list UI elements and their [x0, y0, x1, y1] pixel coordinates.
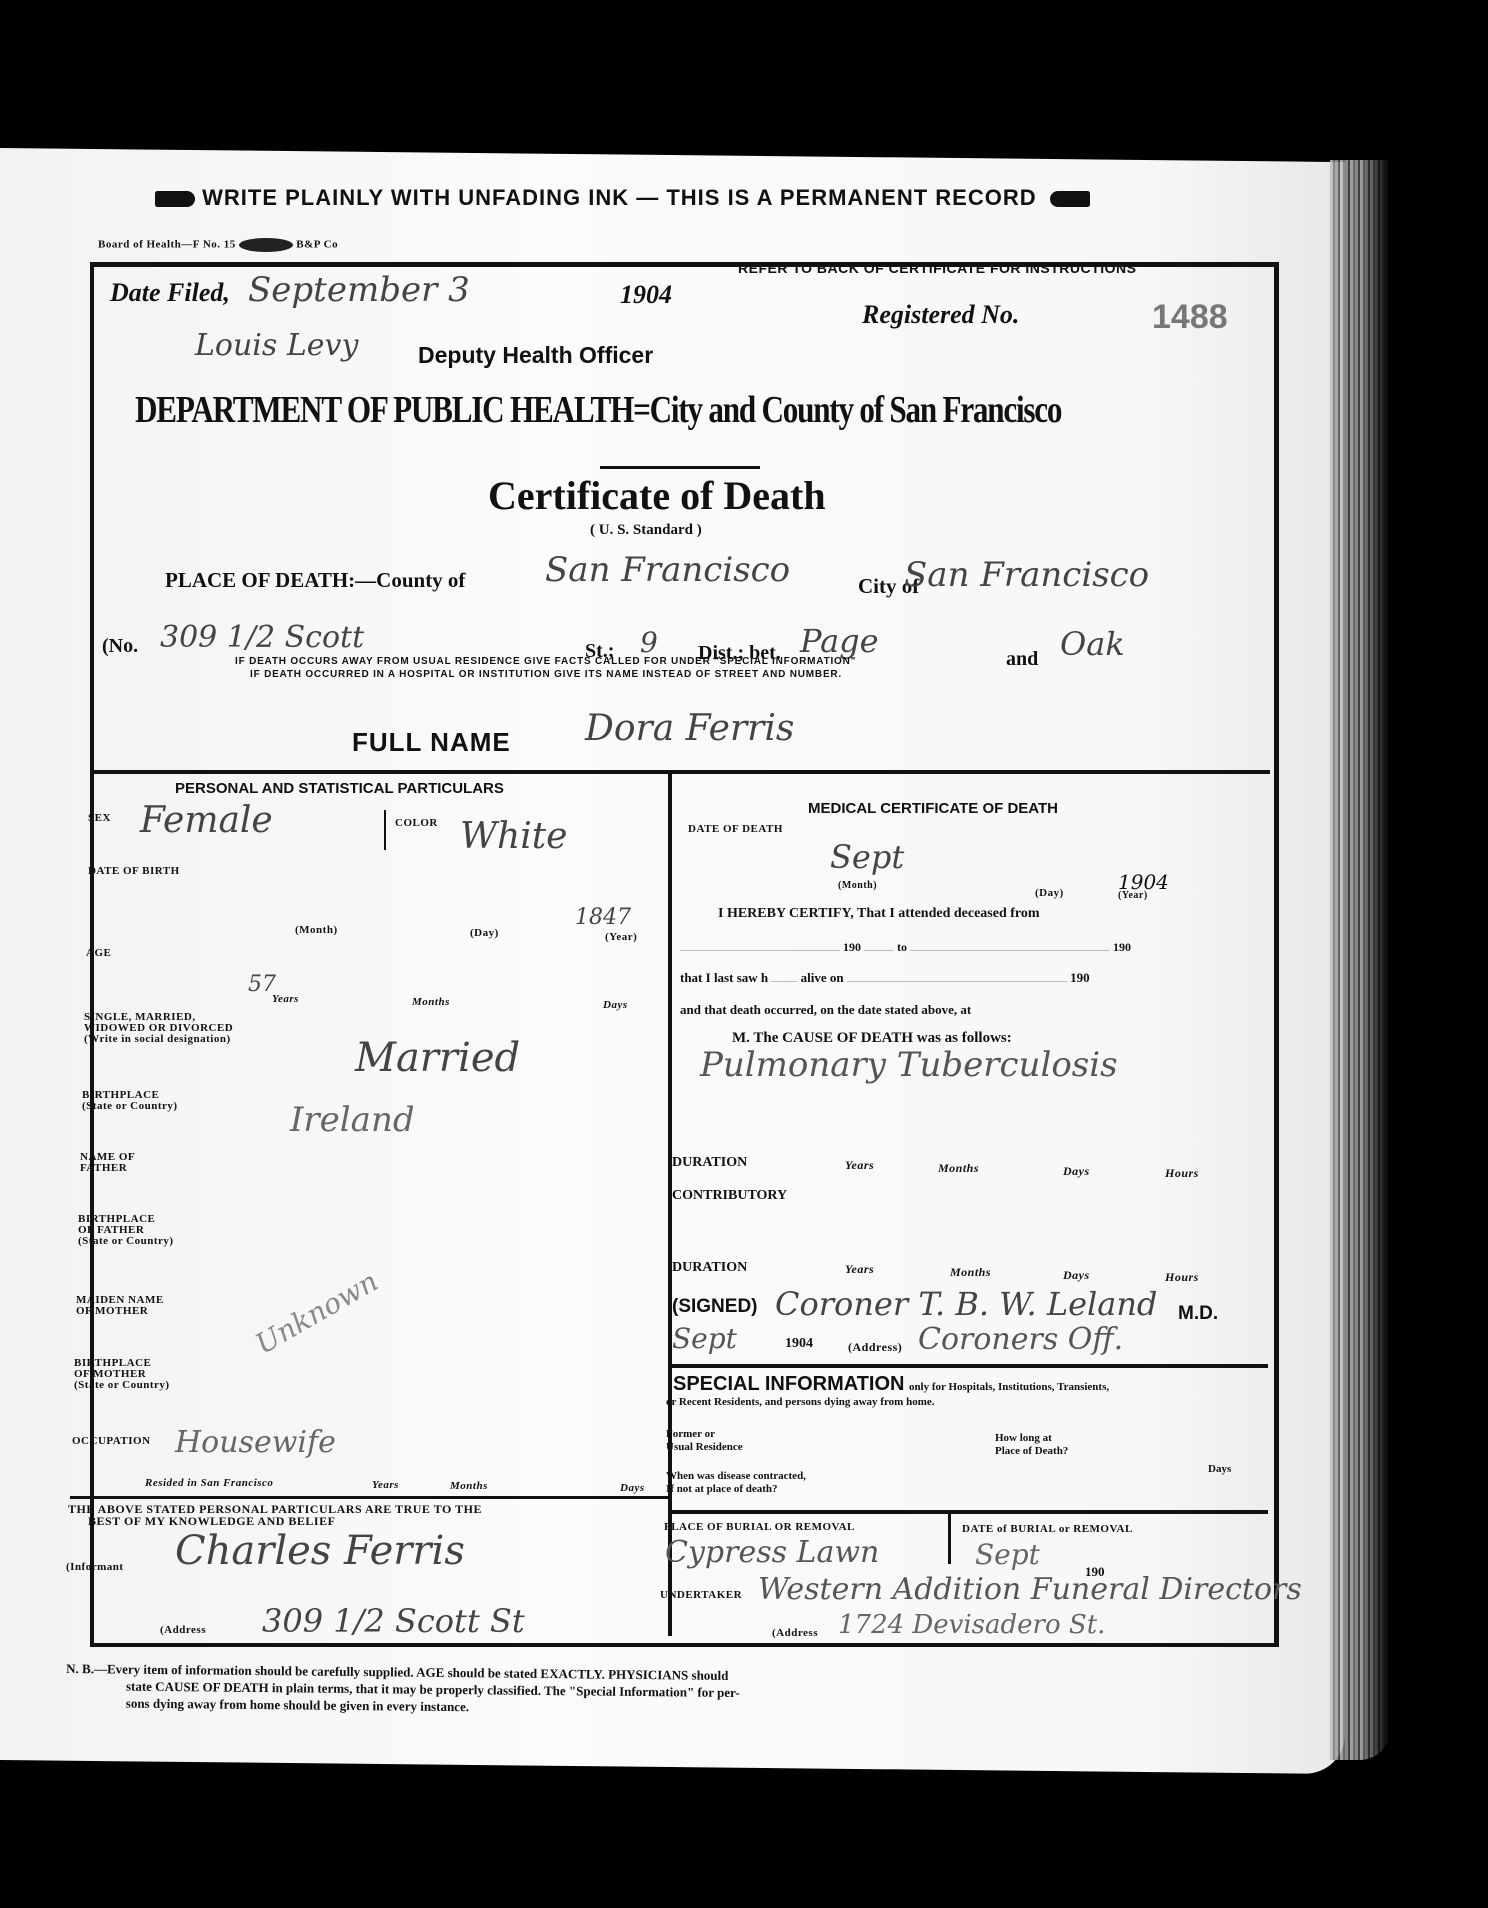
- sex-value: Female: [140, 800, 273, 841]
- section-divider: [90, 770, 1270, 774]
- when-label-1: When was disease contracted,: [666, 1470, 806, 1483]
- former-label-2: Usual Residence: [666, 1441, 743, 1454]
- cause-value: Pulmonary Tuberculosis: [700, 1045, 1118, 1085]
- burial-col-divider: [948, 1514, 951, 1564]
- age-days-label: Days: [603, 1000, 628, 1011]
- duration-months-2: Months: [950, 1267, 991, 1278]
- nb-footer: N. B.—Every item of information should b…: [66, 1660, 740, 1718]
- dob-month-label: (Month): [295, 925, 338, 936]
- former-label-1: Former or: [666, 1428, 743, 1441]
- mother-label-2: OF MOTHER: [76, 1306, 164, 1317]
- date-filed-year: 1904: [620, 280, 672, 310]
- undertaker-name: Western Addition Funeral Directors: [758, 1572, 1302, 1607]
- how-long-days: Days: [1208, 1463, 1231, 1475]
- full-name-value: Dora Ferris: [585, 708, 794, 749]
- place-note-line1: IF DEATH OCCURS AWAY FROM USUAL RESIDENC…: [235, 655, 856, 668]
- burial-place-label: PLACE OF BURIAL OR REMOVAL: [664, 1522, 855, 1533]
- resided-years: Years: [372, 1480, 399, 1491]
- signed-address-label: (Address): [848, 1342, 902, 1353]
- resided-months: Months: [450, 1481, 488, 1492]
- date-filed-label: Date Filed,: [110, 278, 230, 308]
- date-filed-value: September 3: [248, 270, 470, 310]
- informant-address-label: (Address: [160, 1625, 206, 1636]
- signed-month: Sept: [672, 1322, 737, 1355]
- alive-on-label: alive on: [801, 970, 844, 985]
- how-long-label-1: How long at: [995, 1432, 1068, 1445]
- mother-birthplace-label: BIRTHPLACE OF MOTHER (State or Country): [74, 1358, 170, 1391]
- signed-address: Coroners Off.: [918, 1322, 1123, 1357]
- personal-heading: PERSONAL AND STATISTICAL PARTICULARS: [175, 780, 504, 797]
- duration-label: DURATION: [672, 1155, 747, 1171]
- attest-text: THE ABOVE STATED PERSONAL PARTICULARS AR…: [68, 1503, 482, 1527]
- occupation-label: OCCUPATION: [72, 1436, 151, 1447]
- attended-from-year: 190: [843, 940, 861, 954]
- pointing-hand-icon: [1050, 191, 1090, 207]
- special-heading-big: SPECIAL INFORMATION: [673, 1373, 904, 1395]
- registered-number: 1488: [1152, 298, 1228, 337]
- signed-year: 1904: [785, 1336, 813, 1352]
- banner-text: WRITE PLAINLY WITH UNFADING INK — THIS I…: [202, 185, 1037, 210]
- last-saw-label: that I last saw h: [680, 970, 768, 985]
- marital-value: Married: [355, 1035, 520, 1081]
- attest-line-2: BEST OF MY KNOWLEDGE AND BELIEF: [68, 1515, 482, 1527]
- between-street-2: Oak: [1060, 625, 1125, 663]
- street-address: 309 1/2 Scott: [160, 620, 364, 655]
- resided-label: Resided in San Francisco: [145, 1478, 273, 1489]
- md-label: M.D.: [1178, 1303, 1218, 1325]
- dob-day-label: (Day): [470, 928, 499, 939]
- informant-address: 309 1/2 Scott St: [262, 1602, 525, 1640]
- duration-hours: Hours: [1165, 1168, 1199, 1179]
- duration-hours-2: Hours: [1165, 1272, 1199, 1283]
- burial-date-label: DATE of BURIAL or REMOVAL: [962, 1524, 1133, 1535]
- special-divider: [668, 1364, 1268, 1368]
- signed-label: (SIGNED): [672, 1296, 758, 1318]
- county-value: San Francisco: [545, 550, 790, 590]
- certificate-subtitle: ( U. S. Standard ): [590, 522, 702, 539]
- attest-divider: [70, 1496, 670, 1499]
- dod-month-label: (Month): [838, 880, 877, 891]
- place-note-line2: IF DEATH OCCURRED IN A HOSPITAL OR INSTI…: [235, 668, 856, 681]
- dod-month: Sept: [830, 838, 904, 876]
- burial-place: Cypress Lawn: [665, 1535, 879, 1570]
- birthplace-label: BIRTHPLACE (State or Country): [82, 1090, 178, 1112]
- union-seal-icon: [239, 238, 293, 252]
- death-occurred-line: and that death occurred, on the date sta…: [680, 1002, 971, 1018]
- last-saw-line: that I last saw h alive on 190: [680, 970, 1090, 986]
- pointing-hand-icon: [155, 191, 195, 207]
- father-birthplace-label: BIRTHPLACE OF FATHER (State or Country): [78, 1214, 174, 1247]
- page-stack-edge: [1330, 160, 1390, 1760]
- how-long-label: How long at Place of Death?: [995, 1432, 1068, 1458]
- certificate-title: Certificate of Death: [488, 472, 826, 519]
- marital-label-3: (Write in social designation): [84, 1034, 233, 1045]
- special-heading-small: only for Hospitals, Institutions, Transi…: [909, 1381, 1109, 1393]
- medical-heading: MEDICAL CERTIFICATE OF DEATH: [808, 800, 1058, 817]
- undertaker-label: UNDERTAKER: [660, 1590, 742, 1601]
- sex-color-divider: [384, 810, 386, 850]
- form-id-left: Board of Health—F No. 15: [98, 239, 236, 251]
- contributory-label: CONTRIBUTORY: [672, 1188, 787, 1204]
- birthplace-label-2: (State or Country): [82, 1101, 178, 1112]
- and-label: and: [1006, 648, 1038, 671]
- former-residence-label: Former or Usual Residence: [666, 1428, 743, 1454]
- dod-day-label: (Day): [1035, 888, 1064, 899]
- dod-year-label: (Year): [1118, 890, 1148, 901]
- attended-to-label: to: [897, 940, 907, 954]
- attended-dates: 190 to 190: [680, 940, 1131, 955]
- attended-to-year: 190: [1113, 940, 1131, 954]
- duration-months: Months: [938, 1163, 979, 1174]
- duration-years: Years: [845, 1160, 874, 1171]
- dob-label: DATE OF BIRTH: [88, 866, 180, 877]
- no-label: (No.: [102, 635, 138, 658]
- city-value: San Francisco: [904, 555, 1149, 595]
- special-heading: SPECIAL INFORMATION only for Hospitals, …: [673, 1373, 1109, 1396]
- banner: WRITE PLAINLY WITH UNFADING INK — THIS I…: [155, 185, 1090, 211]
- duration-days: Days: [1063, 1166, 1090, 1177]
- duration-years-2: Years: [845, 1264, 874, 1275]
- officer-signature: Louis Levy: [195, 328, 358, 363]
- dob-year: 1847: [575, 905, 631, 930]
- father-label-2: FATHER: [80, 1163, 135, 1174]
- department-title: DEPARTMENT OF PUBLIC HEALTH=City and Cou…: [135, 388, 1061, 432]
- dod-label: DATE OF DEATH: [688, 824, 783, 835]
- duration-days-2: Days: [1063, 1270, 1090, 1281]
- officer-title: Deputy Health Officer: [418, 342, 653, 369]
- marital-label: SINGLE, MARRIED, WIDOWED OR DIVORCED (Wr…: [84, 1012, 233, 1045]
- place-note: IF DEATH OCCURS AWAY FROM USUAL RESIDENC…: [235, 655, 856, 681]
- father-name-label: NAME OF FATHER: [80, 1152, 135, 1174]
- color-value: White: [460, 816, 567, 857]
- occupation-value: Housewife: [175, 1425, 336, 1460]
- color-label: COLOR: [395, 818, 438, 829]
- informant-label: (Informant: [66, 1562, 124, 1573]
- undertaker-address: 1724 Devisadero St.: [838, 1610, 1105, 1640]
- certify-line: I HEREBY CERTIFY, That I attended deceas…: [718, 906, 1040, 922]
- father-bp-label-3: (State or Country): [78, 1236, 174, 1247]
- mother-name-label: MAIDEN NAME OF MOTHER: [76, 1295, 164, 1317]
- age-months-label: Months: [412, 997, 450, 1008]
- age-label: AGE: [86, 948, 111, 959]
- burial-divider: [668, 1510, 1268, 1514]
- when-label-2: If not at place of death?: [666, 1483, 806, 1496]
- form-id-right: B&P Co: [296, 239, 338, 251]
- duration-label-2: DURATION: [672, 1260, 747, 1276]
- signed-value: Coroner T. B. W. Leland: [775, 1285, 1157, 1323]
- sex-label: SEX: [88, 813, 111, 824]
- dob-year-label: (Year): [605, 932, 637, 943]
- title-rule: [600, 466, 760, 469]
- column-divider: [668, 774, 672, 1636]
- special-heading-line2: or Recent Residents, and persons dying a…: [666, 1396, 935, 1408]
- burial-date-month: Sept: [975, 1538, 1040, 1571]
- registered-label: Registered No.: [862, 300, 1019, 330]
- undertaker-address-label: (Address: [772, 1628, 818, 1639]
- form-id: Board of Health—F No. 15 B&P Co: [98, 238, 338, 252]
- alive-on-year: 190: [1070, 970, 1090, 985]
- birthplace-value: Ireland: [290, 1100, 415, 1140]
- place-of-death-label: PLACE OF DEATH:—County of: [165, 568, 465, 593]
- resided-days: Days: [620, 1483, 645, 1494]
- age-years-label: Years: [272, 994, 299, 1005]
- how-long-label-2: Place of Death?: [995, 1445, 1068, 1458]
- informant-name: Charles Ferris: [175, 1528, 465, 1574]
- when-contracted-label: When was disease contracted, If not at p…: [666, 1470, 806, 1496]
- full-name-label: FULL NAME: [352, 727, 511, 758]
- mother-bp-label-3: (State or Country): [74, 1380, 170, 1391]
